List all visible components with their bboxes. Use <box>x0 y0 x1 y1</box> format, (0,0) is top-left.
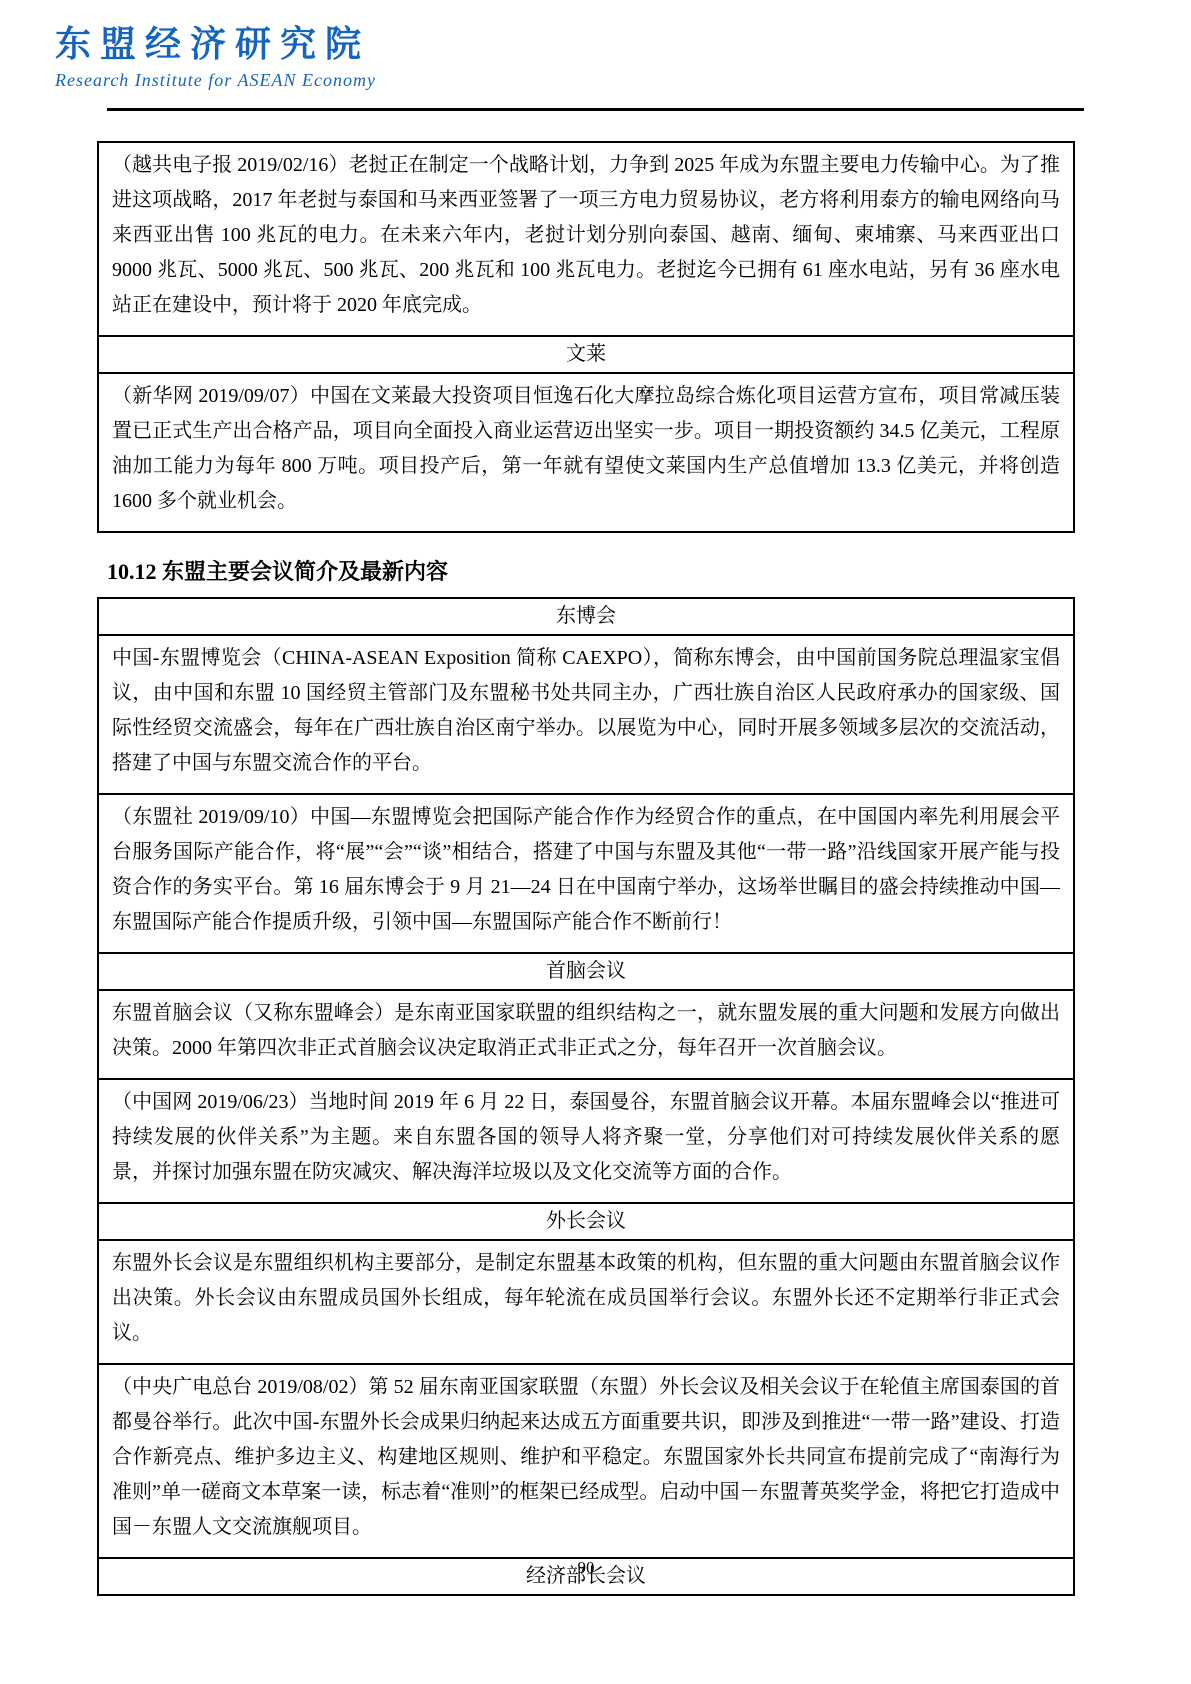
page-content: （越共电子报 2019/02/16）老挝正在制定一个战略计划，力争到 2025 … <box>97 141 1075 1596</box>
news-paragraph-brunei: （新华网 2019/09/07）中国在文莱最大投资项目恒逸石化大摩拉岛综合炼化项… <box>99 372 1073 531</box>
section-heading: 10.12 东盟主要会议简介及最新内容 <box>107 557 1075 587</box>
document-page: 东盟经济研究院 Research Institute for ASEAN Eco… <box>0 0 1191 1684</box>
meeting-header-caexpo: 东博会 <box>99 599 1073 634</box>
summit-news-paragraph: （中国网 2019/06/23）当地时间 2019 年 6 月 22 日，泰国曼… <box>99 1078 1073 1202</box>
summit-intro-paragraph: 东盟首脑会议（又称东盟峰会）是东南亚国家联盟的组织结构之一，就东盟发展的重大问题… <box>99 989 1073 1078</box>
caexpo-intro-paragraph: 中国-东盟博览会（CHINA-ASEAN Exposition 简称 CAEXP… <box>99 634 1073 793</box>
meeting-header-foreign-ministers: 外长会议 <box>99 1202 1073 1239</box>
caexpo-news-paragraph: （东盟社 2019/09/10）中国—东盟博览会把国际产能合作作为经贸合作的重点… <box>99 793 1073 952</box>
country-header-brunei: 文莱 <box>99 335 1073 372</box>
institute-logo-en: Research Institute for ASEAN Economy <box>55 68 376 92</box>
foreign-ministers-news-paragraph: （中央广电总台 2019/08/02）第 52 届东南亚国家联盟（东盟）外长会议… <box>99 1363 1073 1557</box>
page-number: 90 <box>97 1558 1075 1578</box>
meetings-table: 东博会 中国-东盟博览会（CHINA-ASEAN Exposition 简称 C… <box>97 597 1075 1596</box>
institute-logo-cn: 东盟经济研究院 <box>55 22 376 66</box>
news-paragraph-laos: （越共电子报 2019/02/16）老挝正在制定一个战略计划，力争到 2025 … <box>99 143 1073 335</box>
news-table: （越共电子报 2019/02/16）老挝正在制定一个战略计划，力争到 2025 … <box>97 141 1075 533</box>
institute-logo: 东盟经济研究院 Research Institute for ASEAN Eco… <box>55 22 376 92</box>
header-divider <box>107 108 1084 111</box>
foreign-ministers-intro-paragraph: 东盟外长会议是东盟组织机构主要部分，是制定东盟基本政策的机构，但东盟的重大问题由… <box>99 1239 1073 1363</box>
meeting-header-summit: 首脑会议 <box>99 952 1073 989</box>
